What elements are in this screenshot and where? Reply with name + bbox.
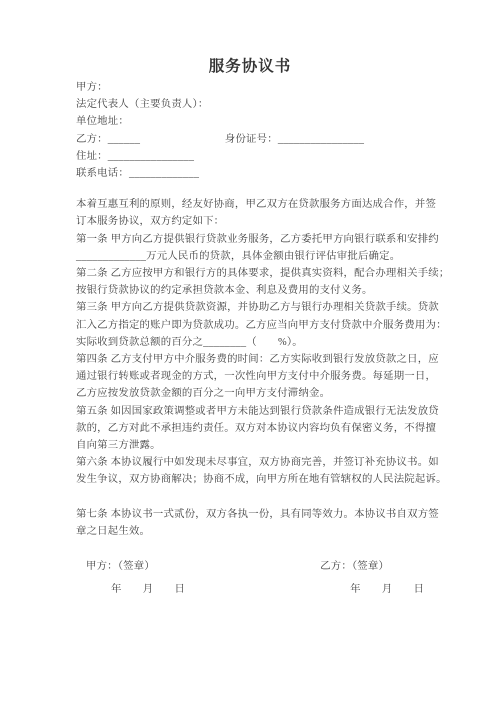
clause-3-line: 汇入乙方指定的账户即为贷款成功。乙方应当向甲方支付贷款中介服务费用为：: [76, 317, 442, 334]
preamble-line: 订本服务协议，双方约定如下：: [76, 213, 442, 230]
agreement-body: 本着互惠互利的原则，经友好协商，甲乙双方在贷款服务方面达成合作，并签 订本服务协…: [76, 196, 442, 540]
clause-5-line: 第五条 如因国家政策调整或者甲方未能达到银行贷款条件造成银行无法发放贷: [76, 403, 442, 420]
signature-block: 甲方：（签章） 年 月 日 乙方：（签章） 年 月 日: [76, 558, 442, 598]
legal-representative-line: 法定代表人（主要负责人）：: [76, 96, 442, 113]
clause-4-line: 第四条 乙方支付甲方中介服务费的时间：乙方实际收到银行发放贷款之日，应: [76, 351, 442, 368]
clause-6-line: 第六条 本协议履行中如发现未尽事宜，双方协商完善，并签订补充协议书。如: [76, 454, 442, 471]
clause-5-line: 自向第三方泄露。: [76, 437, 442, 454]
party-b-signature: 乙方：（签章） 年 月 日: [320, 558, 424, 598]
clause-4-line: 乙方应按发放贷款金额的百分之一向甲方支付滞纳金。: [76, 385, 442, 402]
clause-2-line: 第二条 乙方应按甲方和银行方的具体要求，提供真实资料，配合办理相关手续；: [76, 265, 442, 282]
clause-3-line: 实际收到贷款总额的百分之________（ %）。: [76, 334, 442, 351]
clause-6-line: 发生争议，双方协商解决；协商不成，向甲方所在地有管辖权的人民法院起诉。: [76, 471, 442, 488]
party-b-seal-label: 乙方：（签章）: [320, 558, 424, 575]
party-b-id-line: 乙方：______ 身份证号：________________: [76, 131, 442, 148]
document-content: 甲方： 法定代表人（主要负责人）： 单位地址： 乙方：______ 身份证号：_…: [0, 79, 500, 599]
party-a-signature: 甲方：（签章） 年 月 日: [86, 558, 185, 598]
preamble-line: 本着互惠互利的原则，经友好协商，甲乙双方在贷款服务方面达成合作，并签: [76, 196, 442, 213]
clause-1-line: 第一条 甲方向乙方提供银行贷款业务服务，乙方委托甲方向银行联系和安排约: [76, 231, 442, 248]
phone-line: 联系电话：_____________: [76, 165, 442, 182]
document-title: 服务协议书: [0, 57, 500, 77]
clause-4-line: 通过银行转账或者现金的方式，一次性向甲方支付中介服务费。每延期一日，: [76, 368, 442, 385]
clause-5-line: 款的，乙方对此不承担违约责任。双方对本协议内容均负有保密义务，不得擅: [76, 420, 442, 437]
party-b-date-line: 年 月 日: [350, 581, 424, 598]
clause-1-line: _____________万元人民币的贷款，具体金额由银行评估审批后确定。: [76, 248, 442, 265]
party-a-seal-label: 甲方：（签章）: [86, 558, 185, 575]
document-page: 服务协议书 甲方： 法定代表人（主要负责人）： 单位地址： 乙方：______ …: [0, 0, 500, 708]
party-a-date-line: 年 月 日: [111, 581, 185, 598]
company-address-line: 单位地址：: [76, 113, 442, 130]
residence-address-line: 住址：________________: [76, 148, 442, 165]
clause-7-line: 章之日起生效。: [76, 523, 442, 540]
clause-7-line: 第七条 本协议书一式贰份，双方各执一份，具有同等效力。本协议书自双方签: [76, 506, 442, 523]
party-a-line: 甲方：: [76, 79, 442, 96]
clause-2-line: 按银行贷款协议的约定承担贷款本金、利息及费用的支付义务。: [76, 282, 442, 299]
blank-line: [76, 489, 442, 506]
parties-info-block: 甲方： 法定代表人（主要负责人）： 单位地址： 乙方：______ 身份证号：_…: [76, 79, 442, 182]
clause-3-line: 第三条 甲方向乙方提供贷款资源，并协助乙方与银行办理相关贷款手续。贷款: [76, 299, 442, 316]
